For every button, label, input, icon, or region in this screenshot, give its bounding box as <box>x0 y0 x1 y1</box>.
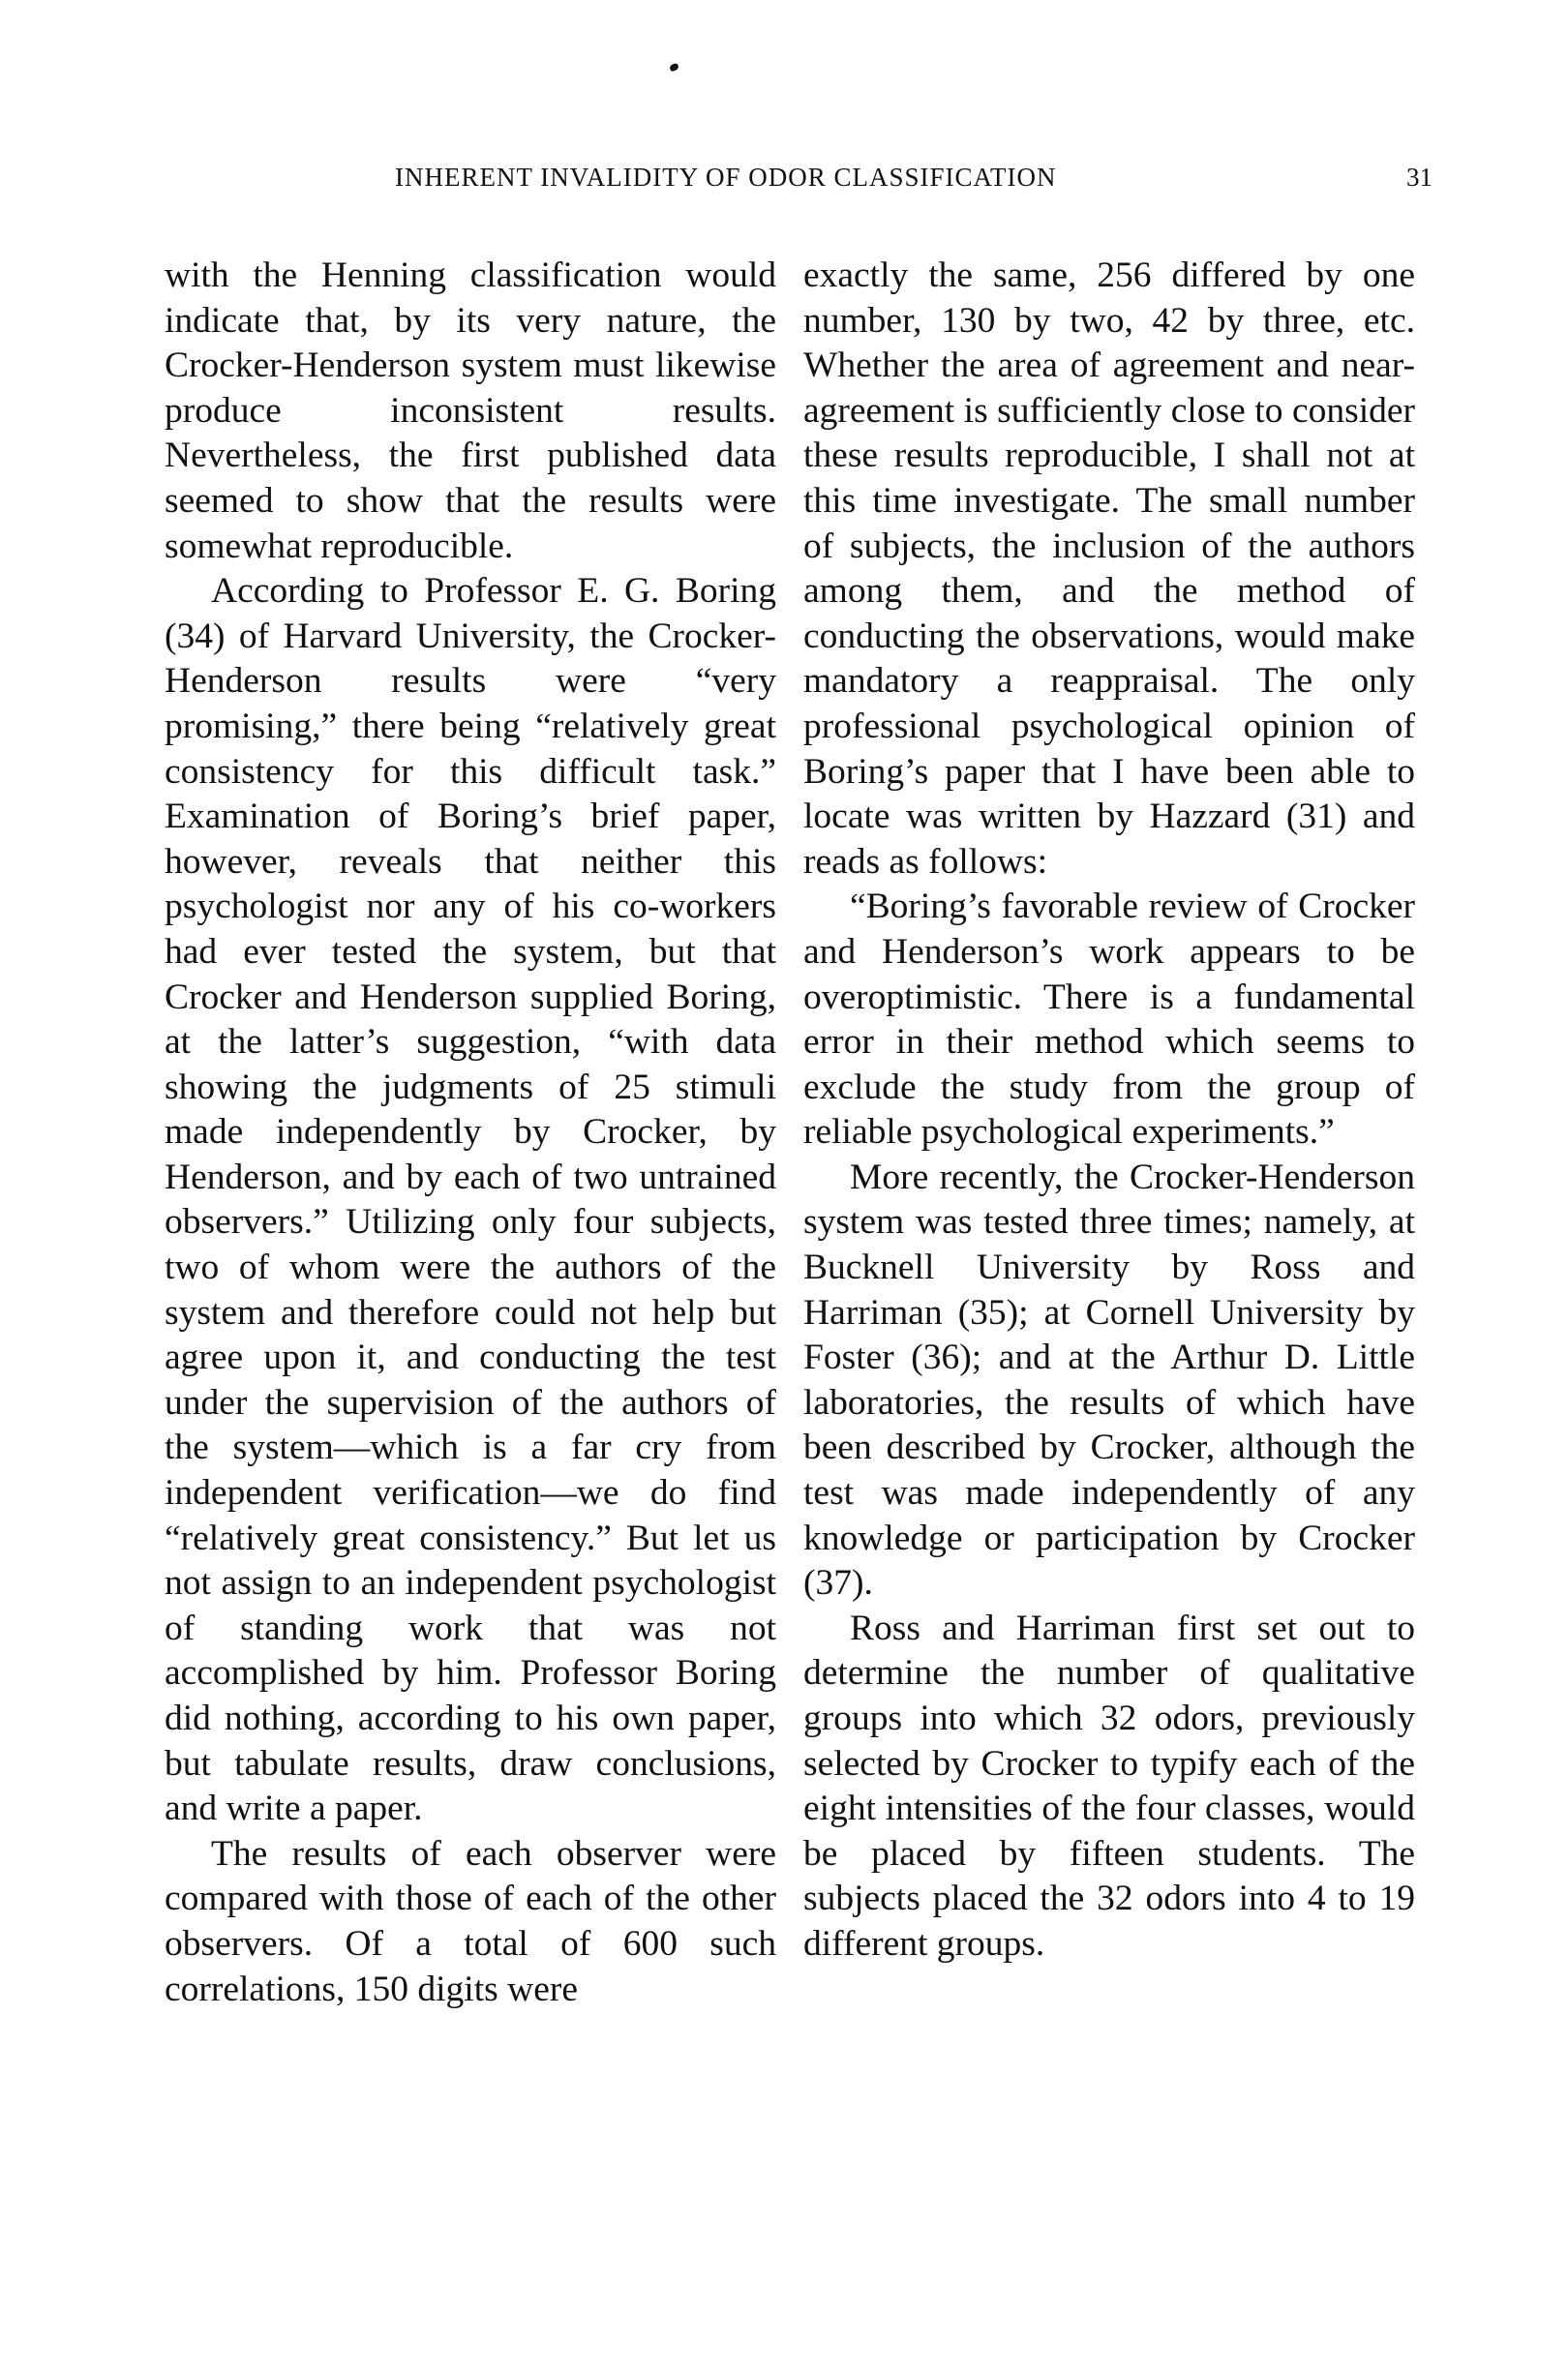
paragraph: The results of each observer were compar… <box>165 1832 776 2012</box>
block-quote: “Boring’s favorable review of Crocker an… <box>803 885 1415 1156</box>
paragraph: exactly the same, 256 differed by one nu… <box>803 254 1415 885</box>
paragraph: More recently, the Crocker-Hen­derson sy… <box>803 1156 1415 1607</box>
right-column: exactly the same, 256 differed by one nu… <box>803 254 1415 1968</box>
page-number: 31 <box>1406 163 1432 193</box>
running-title: Inherent Invalidity of Odor Classificati… <box>395 163 1057 193</box>
paragraph: with the Henning classification would in… <box>165 254 776 569</box>
running-header: Inherent Invalidity of Odor Classificati… <box>145 163 1432 201</box>
left-column: with the Henning classification would in… <box>165 254 776 2012</box>
print-speck-mark <box>669 63 679 73</box>
paragraph: Ross and Harriman first set out to deter… <box>803 1607 1415 1968</box>
paragraph: According to Professor E. G. Boring (34)… <box>165 569 776 1832</box>
